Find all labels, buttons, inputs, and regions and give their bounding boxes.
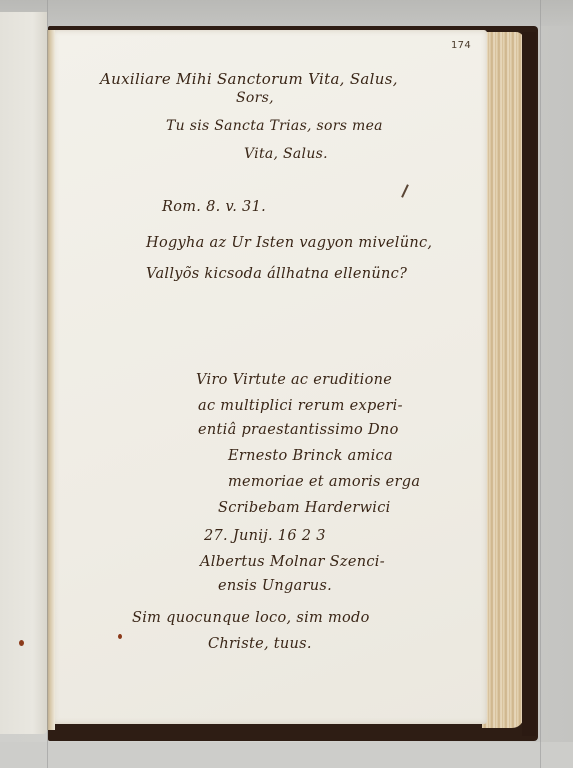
- book-gutter: [47, 30, 55, 730]
- scan-stage: 174 Auxiliare Mihi Sanctorum Vita, Salus…: [0, 0, 573, 768]
- motto-line-3: Tu sis Sancta Trias, sors mea: [166, 118, 383, 134]
- guide-line-right: [540, 0, 541, 768]
- page-fore-edge: [482, 32, 524, 728]
- scanner-background-top: [0, 0, 573, 26]
- dedication-line-4: Ernesto Brinck amica: [228, 448, 393, 464]
- dedication-line-3: entiâ praestantissimo Dno: [198, 422, 399, 438]
- motto-line-4: Vita, Salus.: [244, 146, 328, 162]
- ink-stain-right-page: [118, 634, 122, 639]
- signature-line-2: ensis Ungarus.: [218, 578, 332, 594]
- dedication-line-2: ac multiplici rerum experi-: [198, 398, 403, 414]
- closing-line-2: Christe, tuus.: [208, 636, 312, 652]
- ink-stain-left-page: [19, 640, 24, 646]
- cover-edge: [522, 32, 536, 736]
- folio-number: 174: [451, 40, 471, 51]
- guide-line-left: [47, 0, 48, 768]
- closing-line-1: Sim quocunque loco, sim modo: [132, 610, 370, 626]
- motto-line-2: Sors,: [236, 90, 274, 106]
- signature-line-1: Albertus Molnar Szenci-: [200, 554, 385, 570]
- hungarian-verse-line-1: Hogyha az Ur Isten vagyon mivelünc,: [146, 235, 432, 251]
- motto-line-1: Auxiliare Mihi Sanctorum Vita, Salus,: [100, 70, 398, 88]
- dedication-line-6: Scribebam Harderwici: [218, 500, 391, 516]
- hungarian-verse-line-2: Vallyõs kicsoda állhatna ellenünc?: [146, 266, 407, 282]
- dedication-line-1: Viro Virtute ac eruditione: [196, 372, 392, 388]
- scripture-reference: Rom. 8. v. 31.: [162, 199, 266, 215]
- left-facing-page: [0, 12, 47, 734]
- dedication-date: 27. Junij. 16 2 3: [204, 528, 326, 544]
- dedication-line-5: memoriae et amoris erga: [228, 474, 420, 490]
- scanner-background-bottom: [0, 742, 573, 768]
